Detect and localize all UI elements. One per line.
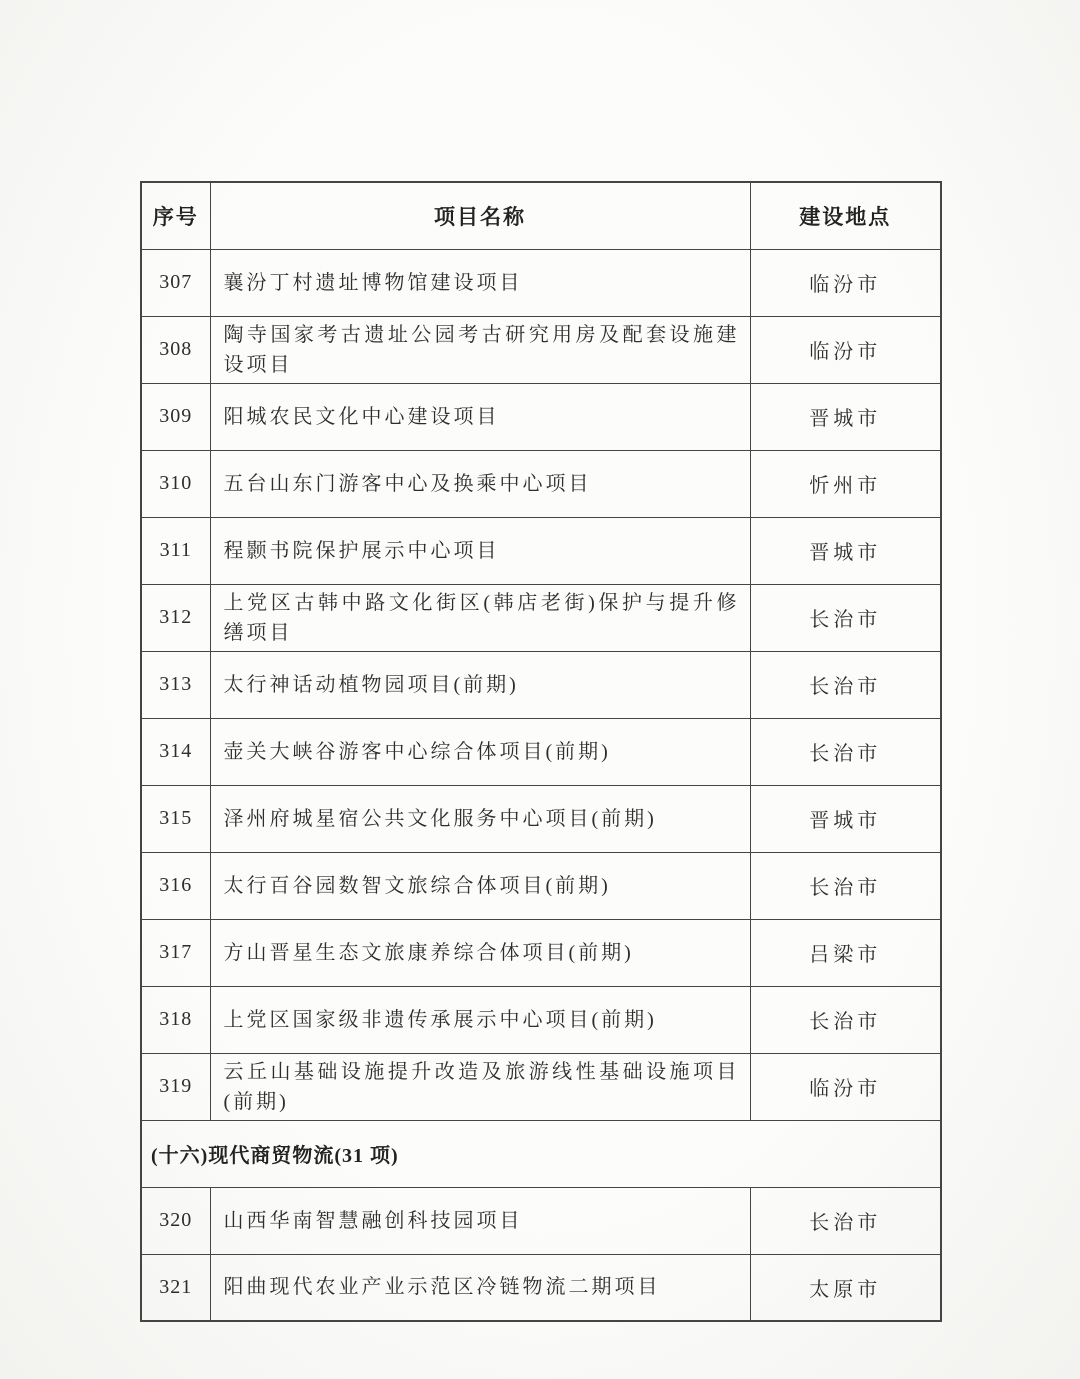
table-row: 318 上党区国家级非遗传承展示中心项目(前期) 长治市 [141,986,941,1053]
table-row: 312 上党区古韩中路文化街区(韩店老街)保护与提升修缮项目 长治市 [141,584,941,651]
cell-project-name: 上党区国家级非遗传承展示中心项目(前期) [210,986,750,1053]
cell-location: 临汾市 [750,316,941,383]
table-row: 310 五台山东门游客中心及换乘中心项目 忻州市 [141,450,941,517]
table-row: 321 阳曲现代农业产业示范区冷链物流二期项目 太原市 [141,1254,941,1321]
cell-serial-number: 312 [141,584,210,651]
cell-serial-number: 320 [141,1187,210,1254]
cell-serial-number: 313 [141,651,210,718]
table-row: 319 云丘山基础设施提升改造及旅游线性基础设施项目(前期) 临汾市 [141,1053,941,1120]
cell-serial-number: 319 [141,1053,210,1120]
cell-serial-number: 311 [141,517,210,584]
cell-project-name: 太行百谷园数智文旅综合体项目(前期) [210,852,750,919]
cell-location: 长治市 [750,986,941,1053]
cell-project-name: 襄汾丁村遗址博物馆建设项目 [210,249,750,316]
table-row: 316 太行百谷园数智文旅综合体项目(前期) 长治市 [141,852,941,919]
cell-location: 忻州市 [750,450,941,517]
cell-project-name: 程颢书院保护展示中心项目 [210,517,750,584]
cell-location: 太原市 [750,1254,941,1321]
cell-project-name: 陶寺国家考古遗址公园考古研究用房及配套设施建设项目 [210,316,750,383]
cell-location: 临汾市 [750,249,941,316]
cell-serial-number: 321 [141,1254,210,1321]
cell-project-name: 太行神话动植物园项目(前期) [210,651,750,718]
projects-table: 序号 项目名称 建设地点 307 襄汾丁村遗址博物馆建设项目 临汾市 308 陶… [140,181,942,1322]
cell-project-name: 阳曲现代农业产业示范区冷链物流二期项目 [210,1254,750,1321]
table-row: 308 陶寺国家考古遗址公园考古研究用房及配套设施建设项目 临汾市 [141,316,941,383]
cell-project-name: 山西华南智慧融创科技园项目 [210,1187,750,1254]
cell-location: 晋城市 [750,517,941,584]
cell-location: 晋城市 [750,785,941,852]
cell-location: 晋城市 [750,383,941,450]
column-header-project-name: 项目名称 [210,182,750,249]
cell-project-name: 五台山东门游客中心及换乘中心项目 [210,450,750,517]
cell-location: 长治市 [750,584,941,651]
section-header-label: (十六)现代商贸物流(31 项) [141,1120,941,1187]
table-row: 309 阳城农民文化中心建设项目 晋城市 [141,383,941,450]
cell-project-name: 泽州府城星宿公共文化服务中心项目(前期) [210,785,750,852]
cell-location: 吕梁市 [750,919,941,986]
cell-serial-number: 314 [141,718,210,785]
section-header-row: (十六)现代商贸物流(31 项) [141,1120,941,1187]
cell-serial-number: 315 [141,785,210,852]
column-header-serial: 序号 [141,182,210,249]
table-row: 314 壶关大峡谷游客中心综合体项目(前期) 长治市 [141,718,941,785]
cell-location: 长治市 [750,651,941,718]
table-body: 307 襄汾丁村遗址博物馆建设项目 临汾市 308 陶寺国家考古遗址公园考古研究… [141,249,941,1321]
cell-serial-number: 316 [141,852,210,919]
cell-location: 临汾市 [750,1053,941,1120]
cell-serial-number: 310 [141,450,210,517]
cell-serial-number: 308 [141,316,210,383]
table-header-row: 序号 项目名称 建设地点 [141,182,941,249]
cell-project-name: 壶关大峡谷游客中心综合体项目(前期) [210,718,750,785]
table-row: 317 方山晋星生态文旅康养综合体项目(前期) 吕梁市 [141,919,941,986]
table-row: 313 太行神话动植物园项目(前期) 长治市 [141,651,941,718]
cell-project-name: 方山晋星生态文旅康养综合体项目(前期) [210,919,750,986]
table-row: 307 襄汾丁村遗址博物馆建设项目 临汾市 [141,249,941,316]
table-row: 315 泽州府城星宿公共文化服务中心项目(前期) 晋城市 [141,785,941,852]
cell-serial-number: 309 [141,383,210,450]
table-row: 320 山西华南智慧融创科技园项目 长治市 [141,1187,941,1254]
cell-project-name: 云丘山基础设施提升改造及旅游线性基础设施项目(前期) [210,1053,750,1120]
cell-serial-number: 318 [141,986,210,1053]
cell-serial-number: 317 [141,919,210,986]
cell-location: 长治市 [750,852,941,919]
column-header-location: 建设地点 [750,182,941,249]
cell-location: 长治市 [750,1187,941,1254]
cell-serial-number: 307 [141,249,210,316]
cell-project-name: 阳城农民文化中心建设项目 [210,383,750,450]
cell-location: 长治市 [750,718,941,785]
table-row: 311 程颢书院保护展示中心项目 晋城市 [141,517,941,584]
document-page: 序号 项目名称 建设地点 307 襄汾丁村遗址博物馆建设项目 临汾市 308 陶… [0,0,1080,1379]
cell-project-name: 上党区古韩中路文化街区(韩店老街)保护与提升修缮项目 [210,584,750,651]
